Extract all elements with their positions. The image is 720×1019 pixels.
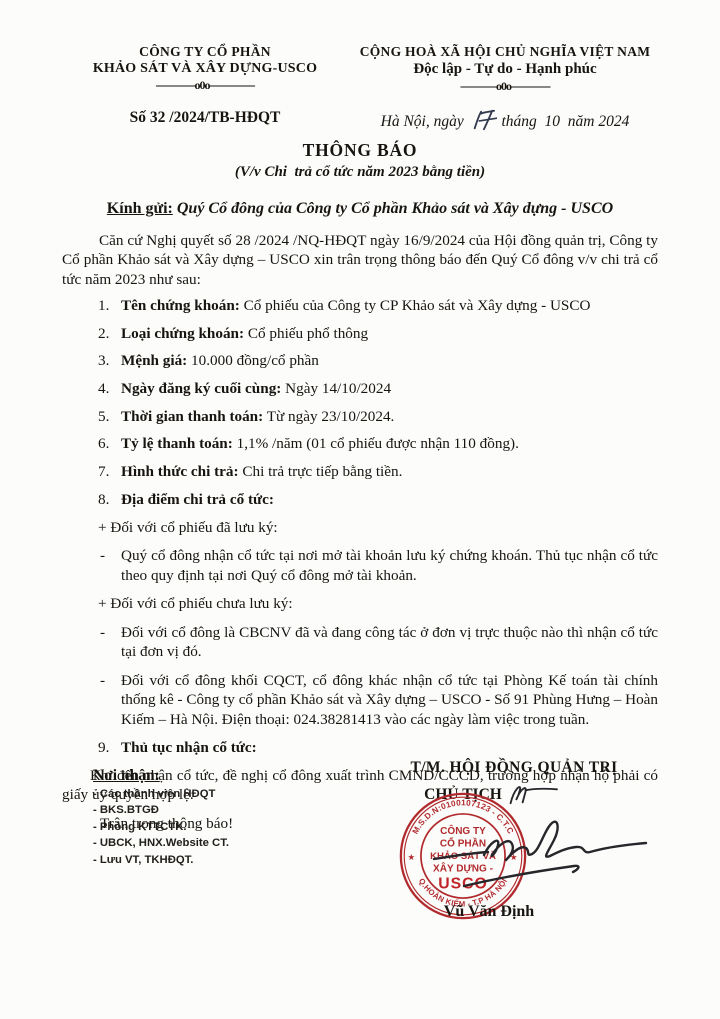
recipients-label: Nơi nhận: bbox=[93, 766, 229, 786]
dash-bullet: - bbox=[100, 623, 121, 662]
document-title: THÔNG BÁO bbox=[0, 141, 720, 161]
recipient-item: - Phòng KTTCTK. bbox=[93, 819, 229, 836]
company-divider: -------------o0o--------------- bbox=[60, 78, 350, 93]
recipient-item: - UBCK, HNX.Website CT. bbox=[93, 835, 229, 852]
item-text: Tỷ lệ thanh toán: 1,1% /năm (01 cổ phiếu… bbox=[121, 434, 519, 454]
document-subtitle: (V/v Chi trả cổ tức năm 2023 bằng tiền) bbox=[0, 163, 720, 183]
on-behalf-of-board-line: T/M. HỘI ĐỒNG QUẢN TRỊ bbox=[368, 758, 660, 778]
dash-item: -Đối với cổ đông khối CQCT, cổ đông khác… bbox=[100, 671, 658, 730]
list-item: 3.Mệnh giá: 10.000 đồng/cổ phần bbox=[62, 351, 658, 371]
national-motto-block: CỘNG HOÀ XÃ HỘI CHỦ NGHĨA VIỆT NAM Độc l… bbox=[350, 44, 660, 94]
national-title: CỘNG HOÀ XÃ HỘI CHỦ NGHĨA VIỆT NAM bbox=[350, 44, 660, 60]
dash-bullet: - bbox=[100, 671, 121, 730]
document-header: CÔNG TY CỔ PHẦN KHẢO SÁT VÀ XÂY DỰNG-USC… bbox=[0, 0, 720, 94]
item-text: Loại chứng khoán: Cổ phiếu phổ thông bbox=[121, 324, 368, 344]
announcement-list: 1.Tên chứng khoán: Cổ phiếu của Công ty … bbox=[0, 296, 720, 509]
dash-item-text: Đối với cổ đông khối CQCT, cổ đông khác … bbox=[121, 671, 658, 730]
chairman-signature bbox=[426, 802, 658, 918]
salutation-line: Kính gửi: Quý Cổ đông của Công ty Cổ phầ… bbox=[0, 199, 720, 219]
item-number: 6. bbox=[98, 434, 121, 454]
list-item: 1.Tên chứng khoán: Cổ phiếu của Công ty … bbox=[62, 296, 658, 316]
list-item: 7.Hình thức chi trả: Chi trả trực tiếp b… bbox=[62, 462, 658, 482]
sub-header-undeposited: + Đối với cổ phiếu chưa lưu ký: bbox=[98, 594, 658, 614]
list-item: 2.Loại chứng khoán: Cổ phiếu phổ thông bbox=[62, 324, 658, 344]
item-number: 4. bbox=[98, 379, 121, 399]
item-text: Thủ tục nhận cổ tức: bbox=[121, 738, 257, 758]
date-suffix: tháng 10 năm 2024 bbox=[498, 113, 630, 130]
item-number: 3. bbox=[98, 351, 121, 371]
item-number: 1. bbox=[98, 296, 121, 316]
dash-bullet: - bbox=[100, 546, 121, 585]
national-motto: Độc lập - Tự do - Hạnh phúc bbox=[350, 60, 660, 78]
document-number: Số 32 /2024/TB-HĐQT bbox=[60, 108, 350, 128]
recipient-item: - Các thành viên HĐQT bbox=[93, 786, 229, 803]
item-text: Tên chứng khoán: Cổ phiếu của Công ty CP… bbox=[121, 296, 590, 316]
dash-item-text: Quý cổ đông nhận cổ tức tại nơi mở tài k… bbox=[121, 546, 658, 585]
dash-item: -Quý cổ đông nhận cổ tức tại nơi mở tài … bbox=[100, 546, 658, 585]
list-item: 8.Địa điểm chi trả cổ tức: bbox=[62, 490, 658, 510]
recipient-item: - Lưu VT, TKHĐQT. bbox=[93, 852, 229, 869]
seal-star-left: ★ bbox=[408, 852, 416, 862]
date-line: Hà Nội, ngày tháng 10 năm 2024 bbox=[350, 108, 660, 132]
list-item: 4.Ngày đăng ký cuối cùng: Ngày 14/10/202… bbox=[62, 379, 658, 399]
intro-paragraph: Căn cứ Nghị quyết số 28 /2024 /NQ-HĐQT n… bbox=[62, 231, 658, 290]
item-text: Thời gian thanh toán: Từ ngày 23/10/2024… bbox=[121, 407, 394, 427]
company-header-block: CÔNG TY CỔ PHẦN KHẢO SÁT VÀ XÂY DỰNG-USC… bbox=[60, 44, 350, 94]
list-item: 6.Tỷ lệ thanh toán: 1,1% /năm (01 cổ phi… bbox=[62, 434, 658, 454]
handwritten-day-17 bbox=[469, 108, 497, 132]
motto-divider: ------------o0o------------- bbox=[350, 79, 660, 94]
salutation-recipient: Quý Cổ đông của Công ty Cổ phần Khảo sát… bbox=[173, 200, 613, 217]
item-text: Địa điểm chi trả cổ tức: bbox=[121, 490, 274, 510]
item-number: 9. bbox=[98, 738, 121, 758]
item-number: 2. bbox=[98, 324, 121, 344]
company-name-line2: KHẢO SÁT VÀ XÂY DỰNG-USCO bbox=[60, 60, 350, 77]
list-item-9: 9.Thủ tục nhận cổ tức: bbox=[62, 738, 658, 758]
sub-header-deposited: + Đối với cổ phiếu đã lưu ký: bbox=[98, 518, 658, 538]
item-number: 8. bbox=[98, 490, 121, 510]
document-page: CÔNG TY CỔ PHẦN KHẢO SÁT VÀ XÂY DỰNG-USC… bbox=[0, 0, 720, 1019]
recipients-block: Nơi nhận: - Các thành viên HĐQT - BKS.BT… bbox=[93, 766, 229, 868]
date-prefix: Hà Nội, ngày bbox=[381, 113, 468, 130]
item-text: Mệnh giá: 10.000 đồng/cổ phần bbox=[121, 351, 319, 371]
item-number: 5. bbox=[98, 407, 121, 427]
dash-item: -Đối với cổ đông là CBCNV đã và đang côn… bbox=[100, 623, 658, 662]
number-date-row: Số 32 /2024/TB-HĐQT Hà Nội, ngày tháng 1… bbox=[0, 94, 720, 132]
company-name-line1: CÔNG TY CỔ PHẦN bbox=[60, 44, 350, 60]
item-number: 7. bbox=[98, 462, 121, 482]
salutation-label: Kính gửi: bbox=[107, 200, 173, 217]
signature-block: T/M. HỘI ĐỒNG QUẢN TRỊ CHỦ TỊCH M.S.D.N:… bbox=[368, 758, 660, 807]
list-item: 5.Thời gian thanh toán: Từ ngày 23/10/20… bbox=[62, 407, 658, 427]
recipient-item: - BKS.BTGĐ bbox=[93, 802, 229, 819]
item-text: Ngày đăng ký cuối cùng: Ngày 14/10/2024 bbox=[121, 379, 391, 399]
item-text: Hình thức chi trả: Chi trả trực tiếp bằn… bbox=[121, 462, 402, 482]
dash-item-text: Đối với cổ đông là CBCNV đã và đang công… bbox=[121, 623, 658, 662]
